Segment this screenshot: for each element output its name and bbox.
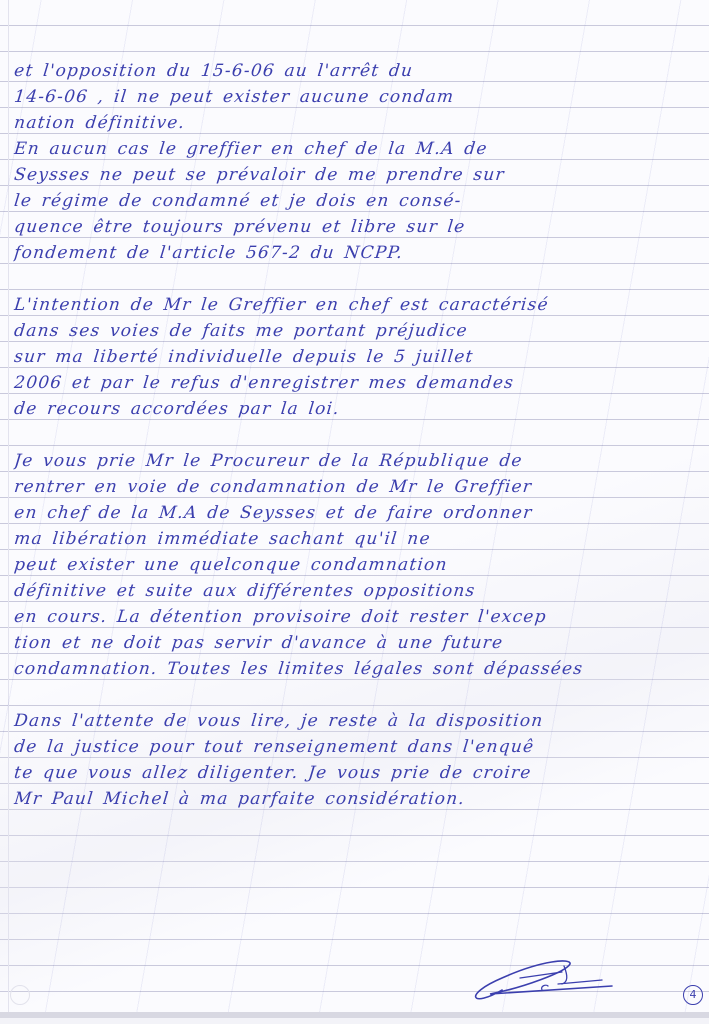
text-line: de la justice pour tout renseignement da… xyxy=(13,736,709,762)
letter-page: et l'opposition du 15-6-06 au l'arrêt du… xyxy=(0,0,709,1018)
letter-body: et l'opposition du 15-6-06 au l'arrêt du… xyxy=(14,60,709,814)
text-line: dans ses voies de faits me portant préju… xyxy=(13,320,709,346)
text-line: L'intention de Mr le Greffier en chef es… xyxy=(13,294,709,320)
text-line: Je vous prie Mr le Procureur de la Répub… xyxy=(13,450,709,476)
paragraph-opposition: et l'opposition du 15-6-06 au l'arrêt du… xyxy=(14,60,709,138)
text-line: sur ma liberté individuelle depuis le 5 … xyxy=(13,346,709,372)
text-line: de recours accordées par la loi. xyxy=(13,398,709,424)
text-line: 14-6-06 , il ne peut exister aucune cond… xyxy=(13,86,709,112)
text-line: peut exister une quelconque condamnation xyxy=(13,554,709,580)
text-line: définitive et suite aux différentes oppo… xyxy=(13,580,709,606)
paragraph-request: Je vous prie Mr le Procureur de la Répub… xyxy=(14,450,709,684)
text-line: en cours. La détention provisoire doit r… xyxy=(13,606,709,632)
text-line: 2006 et par le refus d'enregistrer mes d… xyxy=(13,372,709,398)
text-line: tion et ne doit pas servir d'avance à un… xyxy=(13,632,709,658)
paragraph-greffier: En aucun cas le greffier en chef de la M… xyxy=(14,138,709,268)
text-line: ma libération immédiate sachant qu'il ne xyxy=(13,528,709,554)
text-line: quence être toujours prévenu et libre su… xyxy=(13,216,709,242)
signature xyxy=(462,950,662,1010)
text-line: Mr Paul Michel à ma parfaite considérati… xyxy=(13,788,709,814)
text-line: nation définitive. xyxy=(13,112,709,138)
faint-page-mark xyxy=(10,985,30,1005)
margin-line xyxy=(8,0,9,1018)
text-line: En aucun cas le greffier en chef de la M… xyxy=(13,138,709,164)
paragraph-closing: Dans l'attente de vous lire, je reste à … xyxy=(14,710,709,814)
text-line: condamnation. Toutes les limites légales… xyxy=(13,658,709,684)
text-line: fondement de l'article 567-2 du NCPP. xyxy=(13,242,709,268)
paragraph-intention: L'intention de Mr le Greffier en chef es… xyxy=(14,294,709,424)
text-line: rentrer en voie de condamnation de Mr le… xyxy=(13,476,709,502)
text-line: Seysses ne peut se prévaloir de me prend… xyxy=(13,164,709,190)
page-number: 4 xyxy=(683,985,703,1005)
text-line: et l'opposition du 15-6-06 au l'arrêt du xyxy=(13,60,709,86)
text-line: en chef de la M.A de Seysses et de faire… xyxy=(13,502,709,528)
text-line: te que vous allez diligenter. Je vous pr… xyxy=(13,762,709,788)
text-line: le régime de condamné et je dois en cons… xyxy=(13,190,709,216)
text-line: Dans l'attente de vous lire, je reste à … xyxy=(13,710,709,736)
